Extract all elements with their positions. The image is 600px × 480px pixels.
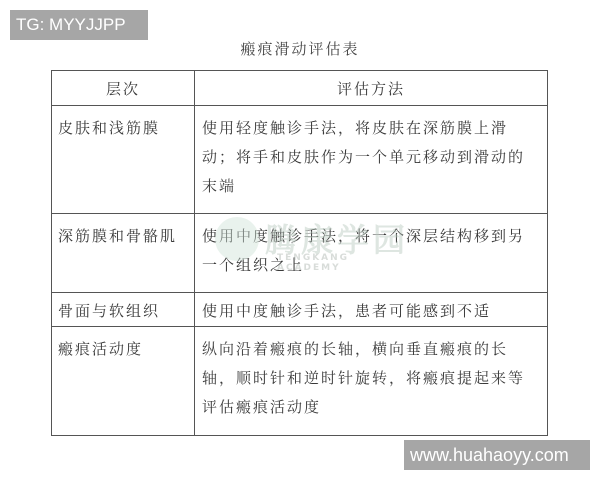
bottom-right-tag: www.huahaoyy.com	[404, 440, 590, 470]
table-row: 皮肤和浅筋膜 使用轻度触诊手法，将皮肤在深筋膜上滑动；将手和皮肤作为一个单元移动…	[52, 106, 548, 214]
cell-layer: 皮肤和浅筋膜	[52, 106, 195, 214]
cell-method: 纵向沿着瘢痕的长轴，横向垂直瘢痕的长轴，顺时针和逆时针旋转，将瘢痕提起来等评估瘢…	[195, 327, 548, 436]
cell-method: 使用轻度触诊手法，将皮肤在深筋膜上滑动；将手和皮肤作为一个单元移动到滑动的末端	[195, 106, 548, 214]
cell-layer: 瘢痕活动度	[52, 327, 195, 436]
cell-layer: 骨面与软组织	[52, 293, 195, 327]
scar-gliding-assessment-table: 层次 评估方法 皮肤和浅筋膜 使用轻度触诊手法，将皮肤在深筋膜上滑动；将手和皮肤…	[51, 70, 548, 436]
header-layer: 层次	[52, 71, 195, 106]
header-method: 评估方法	[195, 71, 548, 106]
table-header-row: 层次 评估方法	[52, 71, 548, 106]
cell-method: 使用中度触诊手法，将一个深层结构移到另一个组织之上	[195, 214, 548, 293]
top-left-tag: TG: MYYJJPP	[10, 10, 148, 40]
table-row: 瘢痕活动度 纵向沿着瘢痕的长轴，横向垂直瘢痕的长轴，顺时针和逆时针旋转，将瘢痕提…	[52, 327, 548, 436]
cell-method: 使用中度触诊手法，患者可能感到不适	[195, 293, 548, 327]
table-title: 瘢痕滑动评估表	[0, 38, 600, 59]
cell-layer: 深筋膜和骨骼肌	[52, 214, 195, 293]
table-row: 深筋膜和骨骼肌 使用中度触诊手法，将一个深层结构移到另一个组织之上	[52, 214, 548, 293]
table-row: 骨面与软组织 使用中度触诊手法，患者可能感到不适	[52, 293, 548, 327]
